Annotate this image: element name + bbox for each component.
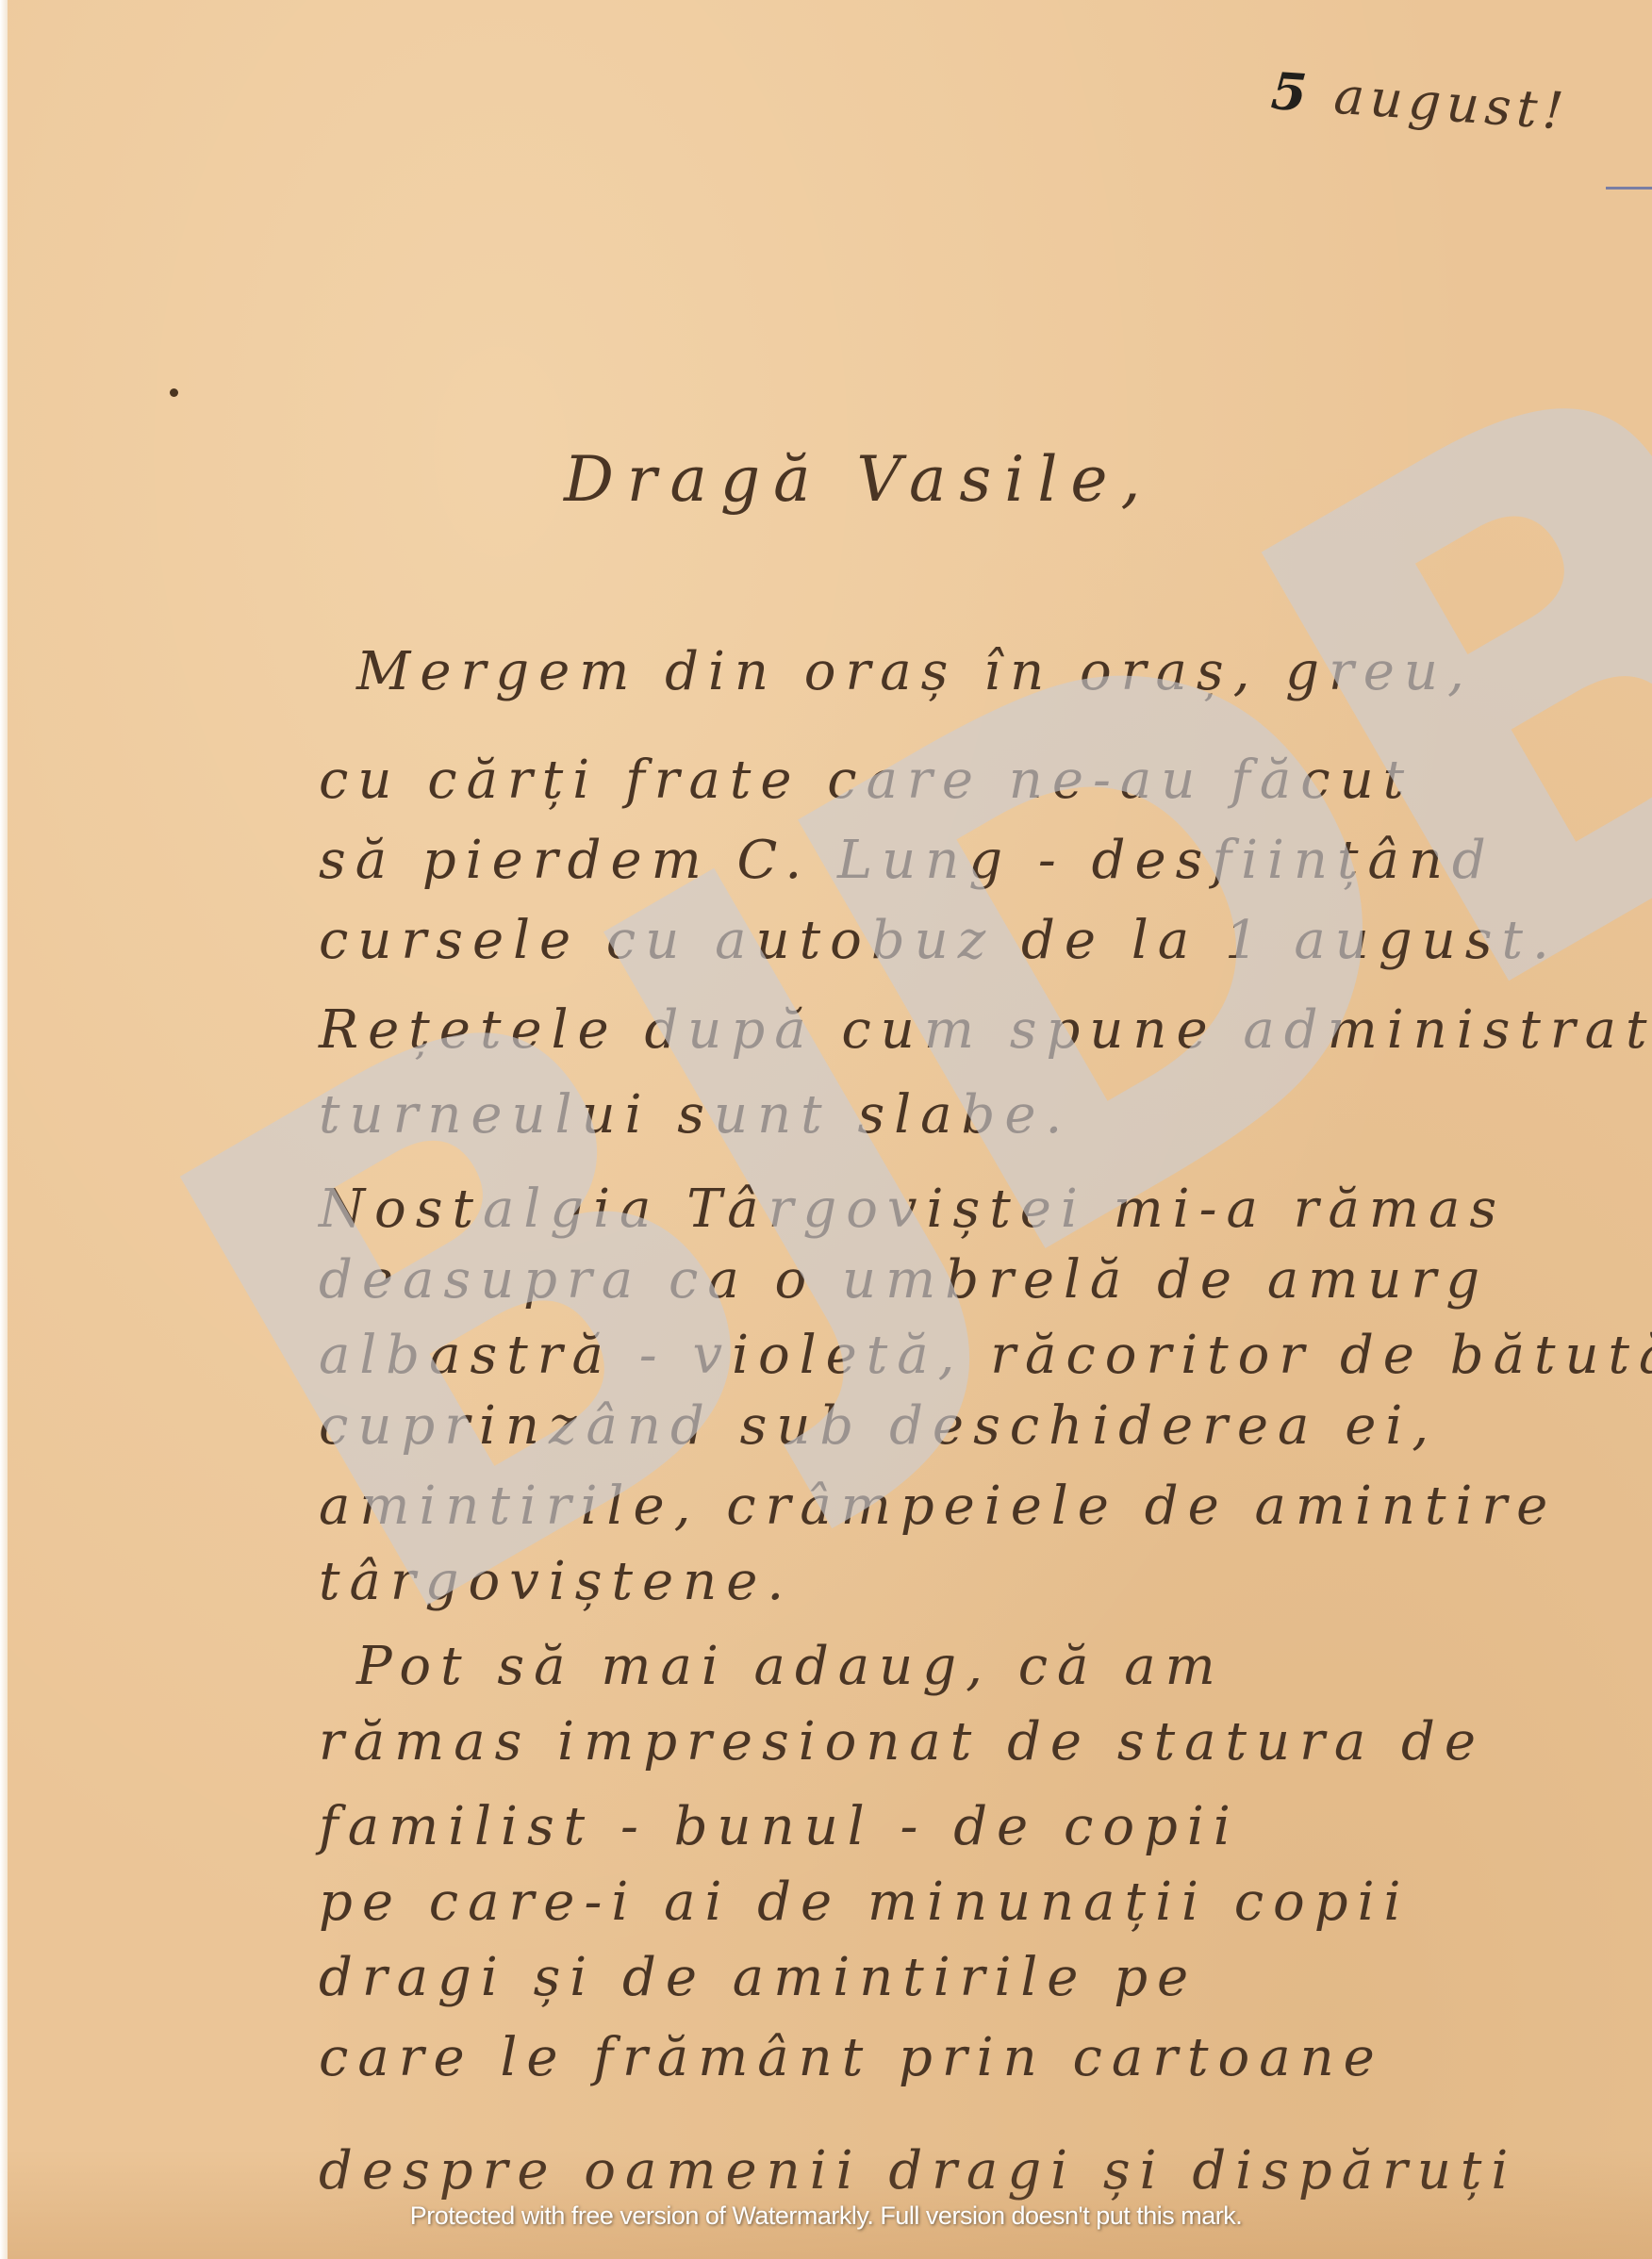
ink-dot	[170, 388, 178, 397]
scan-edge	[0, 0, 8, 2259]
letter-date: 5 august!	[1269, 60, 1571, 141]
watermarkly-notice: Protected with free version of Watermark…	[0, 2201, 1652, 2231]
letter-page: 5 august! Dragă Vasile, Mergem din oraș …	[8, 0, 1652, 2259]
body-line-14: rămas impresionat de statura de	[319, 1711, 1485, 1773]
blue-pen-mark	[1606, 187, 1652, 190]
body-line-9: albastră - violetă, răcoritor de bătută	[319, 1325, 1652, 1386]
body-line-5: Rețetele după cum spune administratorul	[319, 999, 1652, 1061]
body-line-10: cuprinzând sub deschiderea ei,	[319, 1395, 1438, 1457]
body-line-4: cursele cu autobuz de la 1 august.	[319, 910, 1559, 971]
body-line-6: turneului sunt slabe.	[319, 1084, 1071, 1146]
body-line-18: care le frământ prin cartoane	[319, 2027, 1384, 2088]
body-line-2: cu cărți frate care ne-au făcut	[319, 750, 1413, 811]
body-line-12: târgoviștene.	[319, 1551, 793, 1612]
body-line-15: familist - bunul - de copii	[319, 1796, 1240, 1857]
date-month: august	[1332, 66, 1545, 140]
body-line-8: deasupra ca o umbrelă de amurg	[319, 1249, 1489, 1311]
body-line-17: dragi și de amintirile pe	[319, 1947, 1198, 2008]
salutation: Dragă Vasile,	[564, 443, 1153, 516]
body-line-16: pe care-i ai de minunații copii	[319, 1872, 1410, 1933]
body-line-11: amintirile, crâmpeiele de amintire	[319, 1476, 1557, 1537]
body-line-1: Mergem din oraș în oraș, greu,	[356, 641, 1474, 702]
body-line-13: Pot să mai adaug, că am	[356, 1636, 1225, 1697]
body-line-3: să pierdem C. Lung - desființând	[319, 830, 1495, 891]
date-day: 5	[1269, 60, 1314, 124]
body-line-7: Nostalgia Târgoviștei mi-a rămas	[319, 1179, 1506, 1240]
